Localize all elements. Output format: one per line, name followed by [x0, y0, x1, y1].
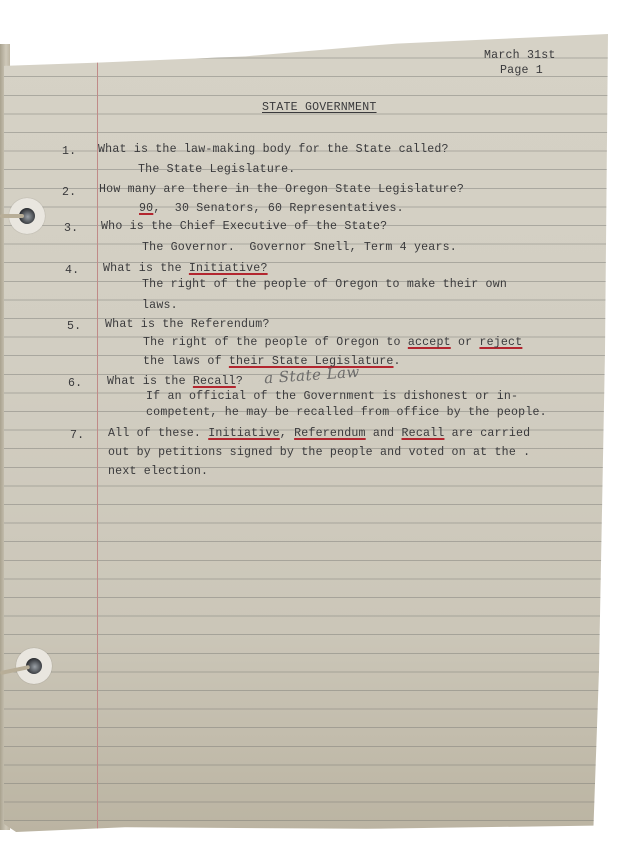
question-1-answer: The State Legislature. — [138, 163, 295, 176]
question-6-answer-line-2: competent, he may be recalled from offic… — [146, 406, 547, 419]
question-3-answer: The Governor. Governor Snell, Term 4 yea… — [142, 241, 457, 254]
term-referendum: Referendum — [294, 427, 366, 440]
question-7-text: All of these. Initiative, Referendum and… — [108, 427, 530, 440]
question-4-number: 4. — [65, 264, 79, 277]
question-2-answer: 90, 30 Senators, 60 Representatives. — [139, 202, 404, 215]
question-7-line-2: out by petitions signed by the people an… — [108, 446, 530, 459]
question-2-number: 2. — [62, 186, 76, 199]
page-number: Page 1 — [500, 64, 543, 77]
question-5-number: 5. — [67, 320, 81, 333]
question-3-number: 3. — [64, 222, 78, 235]
question-5-answer-line-1: The right of the people of Oregon to acc… — [143, 336, 522, 349]
question-7-line-3: next election. — [108, 465, 208, 478]
typed-document: March 31st Page 1 STATE GOVERNMENT 1. Wh… — [0, 0, 640, 853]
question-1-text: What is the law-making body for the Stat… — [98, 143, 449, 156]
question-3-text: Who is the Chief Executive of the State? — [101, 220, 387, 233]
term-initiative: Initiative? — [189, 262, 268, 275]
answer-breakdown: , 30 Senators, 60 Representatives. — [153, 202, 404, 215]
term-accept: accept — [408, 336, 451, 349]
term-recall: Recall — [193, 375, 236, 388]
question-4-text: What is the Initiative? — [103, 262, 268, 275]
question-6-number: 6. — [68, 377, 82, 390]
date-label: March 31st — [484, 49, 556, 62]
question-4-answer-line-2: laws. — [142, 299, 178, 312]
question-6-answer-line-1: If an official of the Government is dish… — [146, 390, 518, 403]
question-1-number: 1. — [62, 145, 76, 158]
term-recall-2: Recall — [402, 427, 445, 440]
answer-total-underlined: 90 — [139, 202, 153, 215]
question-2-text: How many are there in the Oregon State L… — [99, 183, 464, 196]
question-5-text: What is the Referendum? — [105, 318, 270, 331]
term-initiative-2: Initiative — [208, 427, 280, 440]
question-5-answer-line-2: the laws of their State Legislature. — [143, 355, 401, 368]
question-4-answer-line-1: The right of the people of Oregon to mak… — [142, 278, 507, 291]
question-7-number: 7. — [70, 429, 84, 442]
page-title: STATE GOVERNMENT — [262, 101, 377, 114]
question-6-text: What is the Recall? — [107, 375, 243, 388]
term-reject: reject — [479, 336, 522, 349]
